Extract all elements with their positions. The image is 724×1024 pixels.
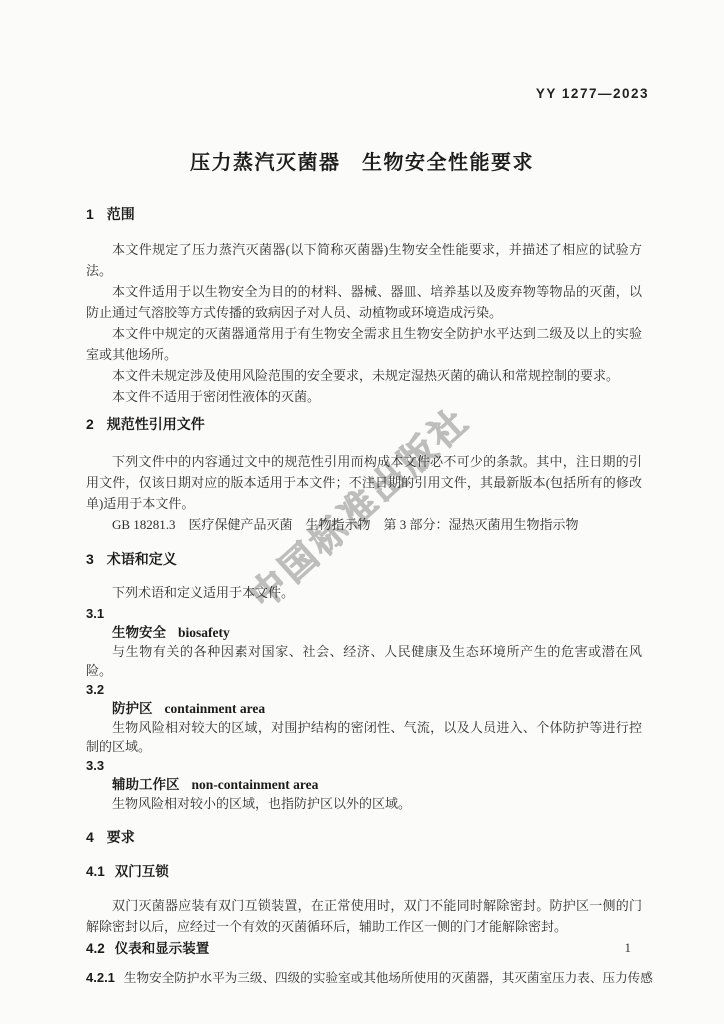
term-entry: 3.1 生物安全biosafety 与生物有关的各种因素对国家、社会、经济、人民… (86, 604, 642, 680)
paragraph: 本文件规定了压力蒸汽灭菌器(以下简称灭菌器)生物安全性能要求，并描述了相应的试验… (86, 239, 642, 281)
term-definition: 生物风险相对较大的区域，对围护结构的密闭性、气流，以及人员进入、个体防护等进行控… (86, 718, 642, 756)
term-definition: 生物风险相对较小的区域，也指防护区以外的区域。 (86, 794, 642, 813)
clause-4-2-1: 4.2.1生物安全防护水平为三级、四级的实验室或其他场所使用的灭菌器，其灭菌室压… (86, 967, 642, 989)
section-number: 1 (86, 206, 94, 222)
subsection-heading-4-2: 4.2仪表和显示装置 (86, 939, 642, 959)
term-name-zh: 防护区 (112, 701, 153, 716)
section-title: 规范性引用文件 (107, 416, 205, 432)
subsection-number: 4.1 (86, 864, 105, 879)
paragraph: 下列文件中的内容通过文中的规范性引用而构成本文件必不可少的条款。其中，注日期的引… (86, 451, 642, 514)
terms-list: 3.1 生物安全biosafety 与生物有关的各种因素对国家、社会、经济、人民… (86, 604, 642, 813)
paragraph: 双门灭菌器应装有双门互锁装置，在正常使用时，双门不能同时解除密封。防护区一侧的门… (86, 895, 642, 937)
subsection-number: 4.2 (86, 941, 105, 956)
term-entry: 3.2 防护区containment area 生物风险相对较大的区域，对围护结… (86, 680, 642, 756)
section-heading-3: 3术语和定义 (86, 549, 642, 569)
section-title: 范围 (107, 206, 135, 222)
section-number: 4 (86, 829, 94, 845)
section-title: 术语和定义 (107, 551, 177, 567)
term-name-en: non-containment area (192, 777, 319, 792)
document-title: 压力蒸汽灭菌器 生物安全性能要求 (0, 146, 724, 175)
term-name-en: biosafety (178, 625, 230, 640)
section-number: 2 (86, 416, 94, 432)
term-name-en: containment area (165, 701, 266, 716)
term-name: 生物安全biosafety (86, 623, 642, 642)
page-number: 1 (625, 940, 632, 956)
term-number: 3.2 (86, 680, 642, 699)
paragraph: 本文件适用于以生物安全为目的的材料、器械、器皿、培养基以及废弃物等物品的灭菌，以… (86, 281, 642, 323)
standard-number: YY 1277—2023 (536, 86, 649, 101)
subsection-title: 仪表和显示装置 (115, 941, 210, 956)
clause-text: 生物安全防护水平为三级、四级的实验室或其他场所使用的灭菌器，其灭菌室压力表、压力… (124, 971, 653, 985)
term-name-zh: 辅助工作区 (112, 777, 180, 792)
section-number: 3 (86, 551, 94, 567)
subsection-title: 双门互锁 (115, 864, 169, 879)
section-heading-2: 2规范性引用文件 (86, 414, 642, 434)
term-definition: 与生物有关的各种因素对国家、社会、经济、人民健康及生态环境所产生的危害或潜在风险… (86, 642, 642, 680)
paragraph: 本文件未规定涉及使用风险范围的安全要求，未规定湿热灭菌的确认和常规控制的要求。 (86, 365, 642, 386)
subsection-heading-4-1: 4.1双门互锁 (86, 862, 642, 882)
section-title: 要求 (107, 829, 135, 845)
term-name-zh: 生物安全 (112, 625, 166, 640)
term-name: 辅助工作区non-containment area (86, 775, 642, 794)
terms-intro: 下列术语和定义适用于本文件。 (86, 582, 642, 603)
section-heading-4: 4要求 (86, 827, 642, 847)
paragraph: 本文件中规定的灭菌器通常用于有生物安全需求且生物安全防护水平达到二级及以上的实验… (86, 323, 642, 365)
term-number: 3.1 (86, 604, 642, 623)
paragraph: 本文件不适用于密闭性液体的灭菌。 (86, 386, 642, 407)
clause-number: 4.2.1 (86, 970, 115, 985)
document-body: 1范围 本文件规定了压力蒸汽灭菌器(以下简称灭菌器)生物安全性能要求，并描述了相… (86, 204, 642, 989)
reference-entry: GB 18281.3 医疗保健产品灭菌 生物指示物 第 3 部分：湿热灭菌用生物… (86, 514, 642, 535)
section-heading-1: 1范围 (86, 204, 642, 224)
term-entry: 3.3 辅助工作区non-containment area 生物风险相对较小的区… (86, 756, 642, 813)
term-name: 防护区containment area (86, 699, 642, 718)
document-page: 中国标准出版社 YY 1277—2023 压力蒸汽灭菌器 生物安全性能要求 1范… (0, 0, 724, 1024)
term-number: 3.3 (86, 756, 642, 775)
